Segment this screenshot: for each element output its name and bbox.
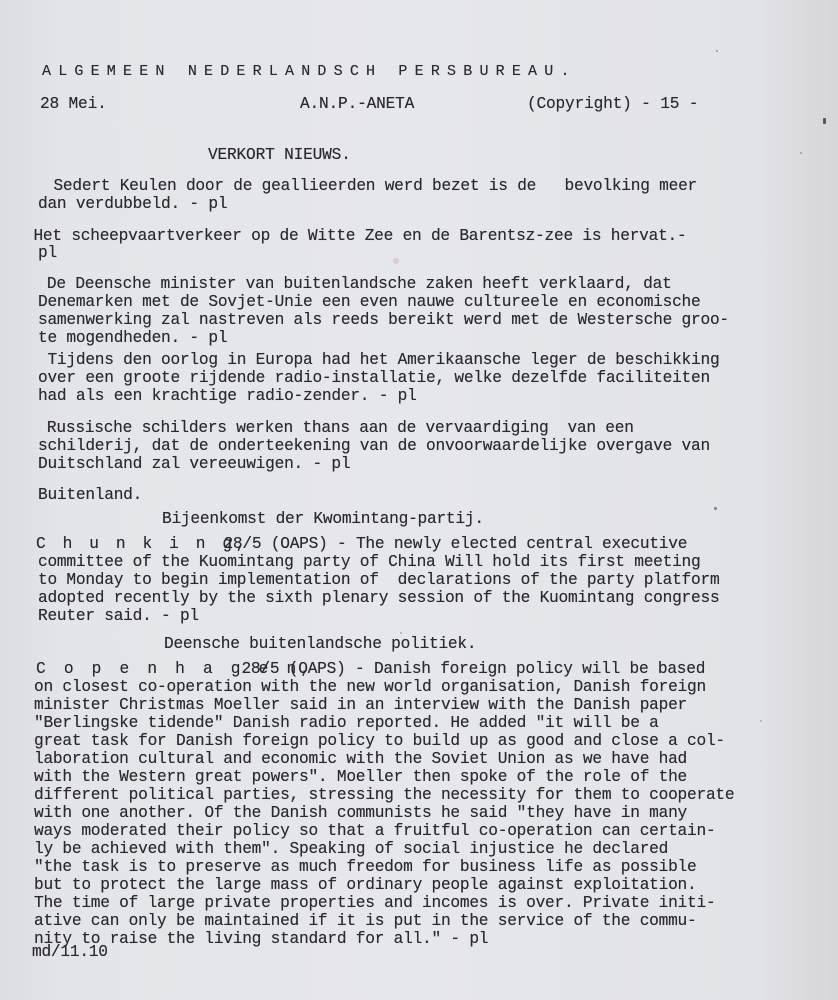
- text-line: with the Western great powers". Moeller …: [34, 769, 687, 787]
- text-line: great task for Danish foreign policy to …: [34, 733, 725, 751]
- text-line: 28/5 (OAPS) - Danish foreign policy will…: [232, 661, 705, 679]
- text-line: Duitschland zal vereeuwigen. - pl: [38, 456, 350, 474]
- text-line: ly be achieved with them". Speaking of s…: [34, 841, 668, 859]
- article-title: Bijeenkomst der Kwomintang-partij.: [162, 511, 484, 529]
- copyright-page-number: (Copyright) - 15 -: [527, 95, 698, 113]
- text-line: ative can only be maintained if it is pu…: [34, 913, 697, 931]
- text-line: dan verdubbeld. - pl: [38, 196, 227, 214]
- text-line: pl: [38, 245, 57, 263]
- agency-code: A.N.P.-ANETA: [300, 95, 414, 113]
- paper-speck: [760, 720, 762, 722]
- text-line: "Berlingske tidende" Danish radio report…: [34, 715, 659, 733]
- text-line: on closest co-operation with the new wor…: [34, 679, 706, 697]
- text-line: Russische schilders werken thans aan de …: [28, 420, 634, 438]
- text-line: The time of large private properties and…: [34, 895, 715, 913]
- text-line: Reuter said. - pl: [38, 608, 199, 626]
- paper-speck: [800, 152, 802, 154]
- text-line: te mogendheden. - pl: [38, 330, 227, 348]
- text-line: committee of the Kuomintang party of Chi…: [38, 554, 701, 572]
- agency-name: ALGEMEEN NEDERLANDSCH PERSBUREAU.: [42, 63, 577, 81]
- text-line: 28/5 (OAPS) - The newly elected central …: [214, 536, 687, 554]
- text-line: ways moderated their policy so that a fr…: [34, 823, 715, 841]
- text-line: Tijdens den oorlog in Europa had het Ame…: [38, 352, 719, 370]
- text-line: minister Christmas Moeller said in an in…: [34, 697, 687, 715]
- text-line: adopted recently by the sixth plenary se…: [38, 590, 719, 608]
- text-line: had als een krachtige radio-zender. - pl: [38, 388, 417, 406]
- paper-speck: [823, 118, 826, 124]
- text-line: with one another. Of the Danish communis…: [34, 805, 687, 823]
- document-date: 28 Mei.: [40, 95, 107, 113]
- text-line: different political parties, stressing t…: [34, 787, 734, 805]
- typewritten-page: ALGEMEEN NEDERLANDSCH PERSBUREAU. 28 Mei…: [0, 0, 838, 1000]
- text-line: De Deensche minister van buitenlandsche …: [28, 276, 672, 294]
- paper-speck: [714, 507, 717, 510]
- text-line: Het scheepvaartverkeer op de Witte Zee e…: [24, 228, 687, 246]
- text-line: over een groote rijdende radio-installat…: [38, 370, 710, 388]
- text-line: to Monday to begin implementation of dec…: [38, 572, 719, 590]
- foreign-news-heading: Buitenland.: [38, 487, 142, 505]
- footer-code: md/11.10: [32, 944, 108, 962]
- article-title: Deensche buitenlandsche politiek.: [164, 636, 476, 654]
- text-line: "the task is to preserve as much freedom…: [34, 859, 697, 877]
- text-line: Sedert Keulen door de geallieerden werd …: [44, 178, 697, 196]
- text-line: laboration cultural and economic with th…: [34, 751, 687, 769]
- paper-stain: [393, 258, 399, 264]
- text-line: Denemarken met de Sovjet-Unie een even n…: [38, 294, 701, 312]
- paper-speck: [716, 50, 718, 52]
- text-line: schilderij, dat de onderteekening van de…: [38, 438, 710, 456]
- text-line: but to protect the large mass of ordinar…: [34, 877, 697, 895]
- section-heading: VERKORT NIEUWS.: [208, 146, 351, 164]
- paper-speck: [400, 632, 402, 634]
- text-line: samenwerking zal nastreven als reeds ber…: [38, 312, 729, 330]
